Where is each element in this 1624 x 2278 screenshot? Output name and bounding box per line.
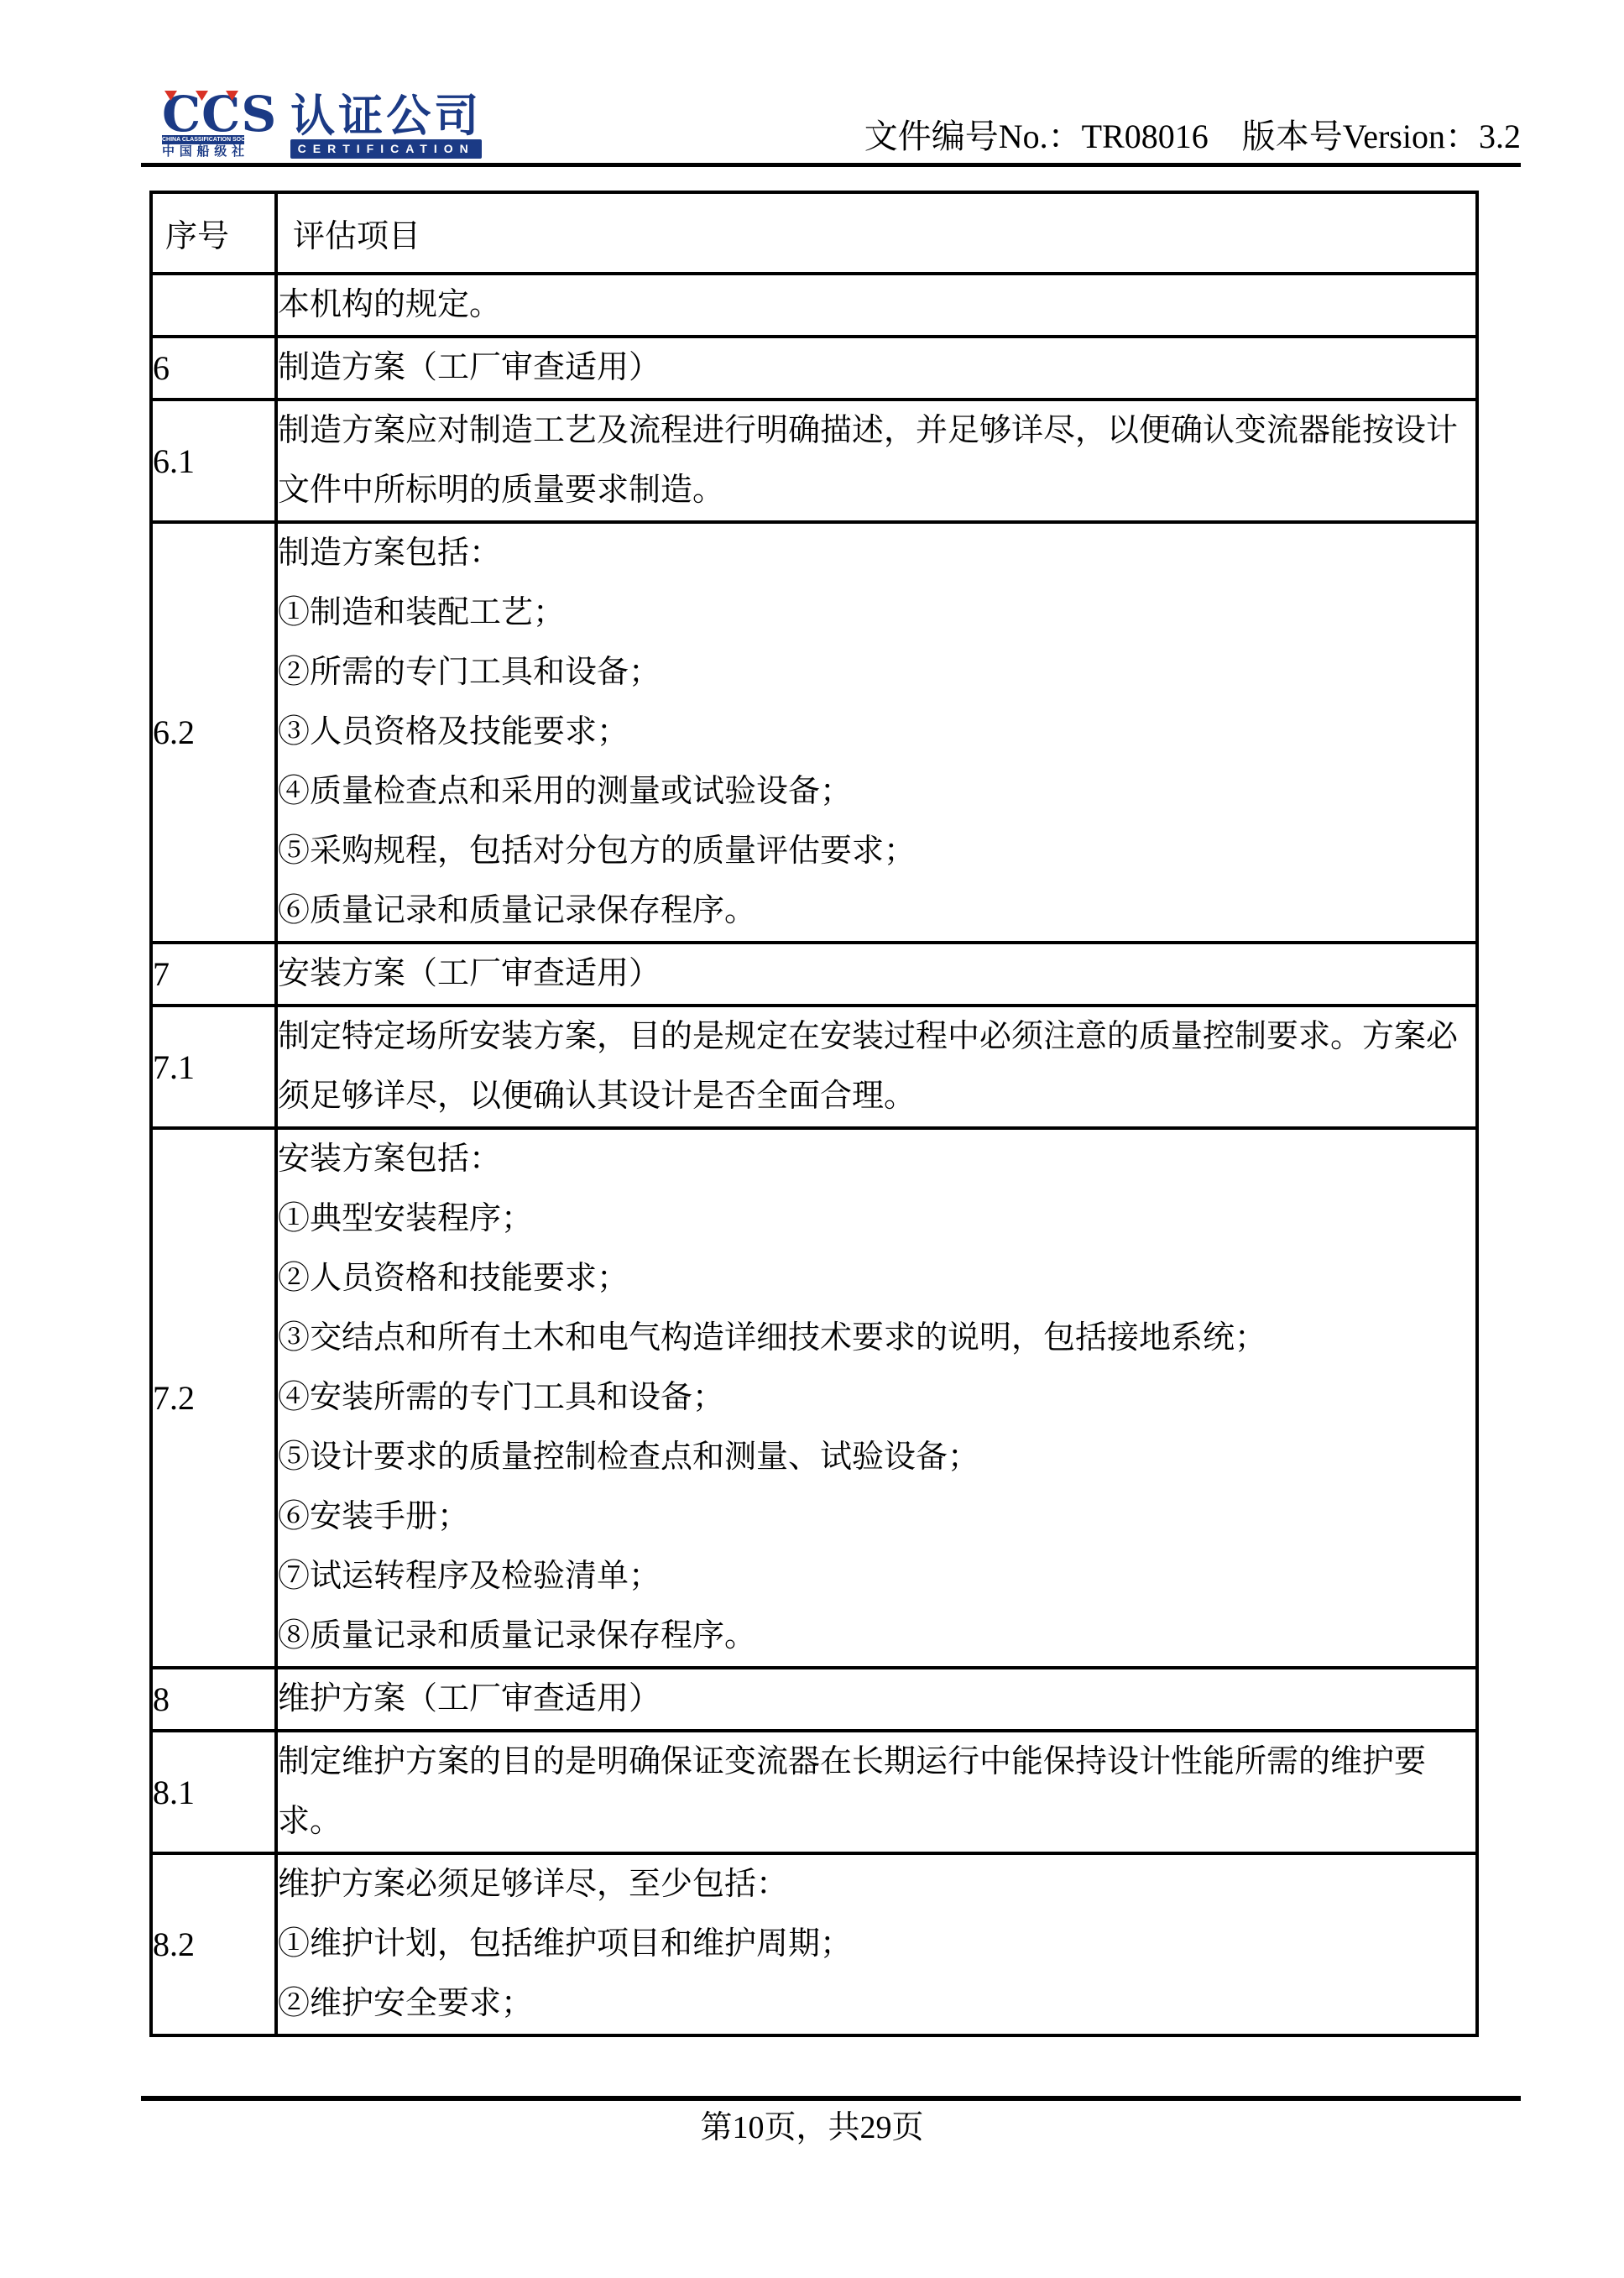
ccs-logo-text: CCS [162, 95, 277, 133]
content-line: 安装方案（工厂审查适用） [278, 944, 1475, 1004]
row-number: 8.1 [151, 1731, 276, 1853]
row-number: 7 [151, 943, 276, 1006]
header-divider [141, 163, 1521, 167]
content-line: ③人员资格及技能要求； [278, 703, 1475, 762]
row-content: 安装方案包括：①典型安装程序；②人员资格和技能要求；③交结点和所有土木和电气构造… [276, 1128, 1477, 1668]
ccs-logo-mark: CCS [162, 95, 277, 133]
row-content: 维护方案（工厂审查适用） [276, 1668, 1477, 1731]
table-row: 6.1制造方案应对制造工艺及流程进行明确描述，并足够详尽，以便确认变流器能按设计… [151, 400, 1477, 522]
column-header-item: 评估项目 [276, 192, 1477, 274]
assessment-table: 序号 评估项目 本机构的规定。6制造方案（工厂审查适用）6.1制造方案应对制造工… [149, 191, 1479, 2037]
row-content: 制造方案应对制造工艺及流程进行明确描述，并足够详尽，以便确认变流器能按设计文件中… [276, 400, 1477, 522]
table-row: 本机构的规定。 [151, 274, 1477, 337]
table-row: 8维护方案（工厂审查适用） [151, 1668, 1477, 1731]
content-line: ①制造和装配工艺； [278, 583, 1475, 643]
certification-banner: CERTIFICATION [290, 139, 482, 159]
row-content: 本机构的规定。 [276, 274, 1477, 337]
content-line: 本机构的规定。 [278, 275, 1475, 335]
content-line: ②人员资格和技能要求； [278, 1249, 1475, 1309]
content-line: ②维护安全要求； [278, 1974, 1475, 2034]
page-header: CCS CHINA CLASSIFICATION SOCIETY 中国船级社 认… [143, 95, 1521, 159]
footer-divider [141, 2096, 1521, 2101]
document-page: CCS CHINA CLASSIFICATION SOCIETY 中国船级社 认… [0, 0, 1624, 2278]
content-line: 安装方案包括： [278, 1130, 1475, 1189]
content-line: ⑤设计要求的质量控制检查点和测量、试验设备； [278, 1428, 1475, 1487]
content-line: ④安装所需的专门工具和设备； [278, 1368, 1475, 1428]
table-row: 8.1制定维护方案的目的是明确保证变流器在长期运行中能保持设计性能所需的维护要求… [151, 1731, 1477, 1853]
society-name-cn: 中国船级社 [162, 144, 244, 159]
row-number [151, 274, 276, 337]
content-line: ⑧质量记录和质量记录保存程序。 [278, 1607, 1475, 1666]
page-footer: 第10页，共29页 [0, 2109, 1624, 2146]
row-number: 6.1 [151, 400, 276, 522]
doc-number: 文件编号No.：TR08016 版本号Version：3.2 [864, 118, 1521, 159]
row-number: 7.1 [151, 1006, 276, 1128]
content-line: ④质量检查点和采用的测量或试验设备； [278, 762, 1475, 822]
content-line: 制造方案应对制造工艺及流程进行明确描述，并足够详尽，以便确认变流器能按设计文件中… [278, 401, 1475, 520]
column-header-number: 序号 [151, 192, 276, 274]
assessment-table-body: 本机构的规定。6制造方案（工厂审查适用）6.1制造方案应对制造工艺及流程进行明确… [151, 274, 1477, 2035]
row-content: 制定维护方案的目的是明确保证变流器在长期运行中能保持设计性能所需的维护要求。 [276, 1731, 1477, 1853]
content-line: ①典型安装程序； [278, 1189, 1475, 1249]
brand-name-cn: 认证公司 [290, 97, 482, 137]
content-line: ⑦试运转程序及检验清单； [278, 1547, 1475, 1607]
ccs-logo: CCS CHINA CLASSIFICATION SOCIETY 中国船级社 认… [143, 95, 482, 159]
row-content: 制定特定场所安装方案，目的是规定在安装过程中必须注意的质量控制要求。方案必须足够… [276, 1006, 1477, 1128]
table-row: 7.2安装方案包括：①典型安装程序；②人员资格和技能要求；③交结点和所有土木和电… [151, 1128, 1477, 1668]
content-line: 维护方案（工厂审查适用） [278, 1669, 1475, 1729]
row-content: 维护方案必须足够详尽，至少包括：①维护计划，包括维护项目和维护周期；②维护安全要… [276, 1853, 1477, 2035]
ccs-logo-right: 认证公司 CERTIFICATION [290, 97, 482, 159]
content-line: 制造方案包括： [278, 524, 1475, 583]
content-line: ③交结点和所有土木和电气构造详细技术要求的说明，包括接地系统； [278, 1309, 1475, 1368]
content-line: 维护方案必须足够详尽，至少包括： [278, 1855, 1475, 1915]
table-row: 6.2制造方案包括：①制造和装配工艺；②所需的专门工具和设备；③人员资格及技能要… [151, 522, 1477, 943]
content-line: ②所需的专门工具和设备； [278, 643, 1475, 703]
table-row: 7安装方案（工厂审查适用） [151, 943, 1477, 1006]
row-number: 7.2 [151, 1128, 276, 1668]
content-line: 制定特定场所安装方案，目的是规定在安装过程中必须注意的质量控制要求。方案必须足够… [278, 1007, 1475, 1126]
row-number: 8.2 [151, 1853, 276, 2035]
table-row: 8.2维护方案必须足够详尽，至少包括：①维护计划，包括维护项目和维护周期；②维护… [151, 1853, 1477, 2035]
content-line: 制定维护方案的目的是明确保证变流器在长期运行中能保持设计性能所需的维护要求。 [278, 1732, 1475, 1852]
row-content: 制造方案（工厂审查适用） [276, 337, 1477, 400]
content-line: 制造方案（工厂审查适用） [278, 338, 1475, 398]
content-line: ⑥安装手册； [278, 1487, 1475, 1547]
table-header-row: 序号 评估项目 [151, 192, 1477, 274]
row-number: 8 [151, 1668, 276, 1731]
society-name-cn-text: 中国船级社 [162, 144, 244, 159]
content-line: ⑥质量记录和质量记录保存程序。 [278, 881, 1475, 941]
table-row: 7.1制定特定场所安装方案，目的是规定在安装过程中必须注意的质量控制要求。方案必… [151, 1006, 1477, 1128]
row-number: 6 [151, 337, 276, 400]
ccs-logo-left: CCS CHINA CLASSIFICATION SOCIETY 中国船级社 [162, 95, 277, 159]
row-content: 制造方案包括：①制造和装配工艺；②所需的专门工具和设备；③人员资格及技能要求；④… [276, 522, 1477, 943]
table-row: 6制造方案（工厂审查适用） [151, 337, 1477, 400]
row-content: 安装方案（工厂审查适用） [276, 943, 1477, 1006]
content-line: ①维护计划，包括维护项目和维护周期； [278, 1915, 1475, 1974]
row-number: 6.2 [151, 522, 276, 943]
content-line: ⑤采购规程，包括对分包方的质量评估要求； [278, 822, 1475, 881]
